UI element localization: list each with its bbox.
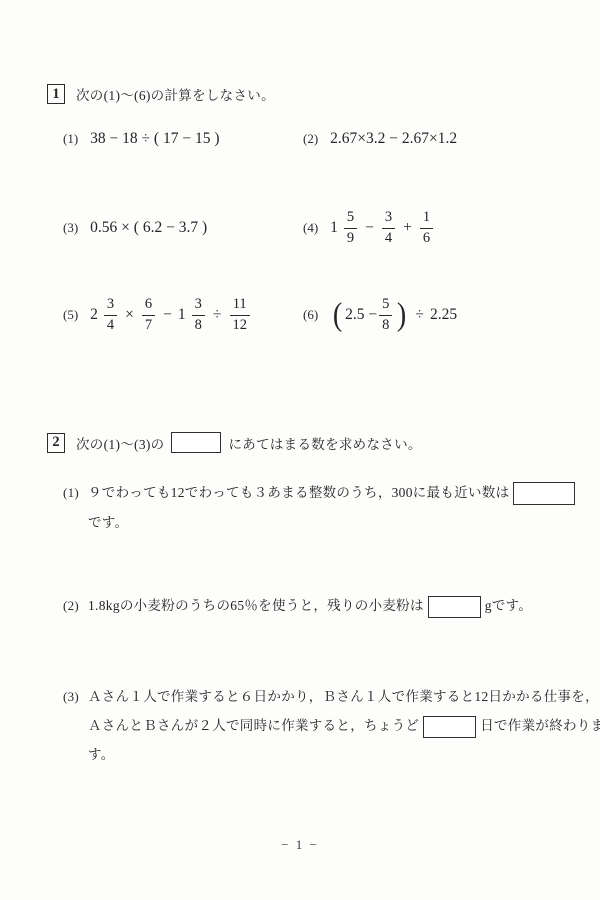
text-line: です。 xyxy=(88,508,573,538)
fraction: 34 xyxy=(104,297,117,332)
question-text: Ａさん１人で作業すると６日かかり，Ｂさん１人で作業すると12日かかる仕事を， xyxy=(88,689,599,704)
word-item-2-content: 1.8kgの小麦粉のうちの65％を使うと，残りの小麦粉はgです。 xyxy=(88,591,573,621)
paren: ( xyxy=(333,299,342,332)
fraction: 16 xyxy=(420,210,433,245)
text-line: ＡさんとＢさんが２人で同時に作業すると，ちょうど日で作業が終わりま xyxy=(88,711,573,740)
problem-1-instruction: 次の(1)～(6)の計算をしなさい。 xyxy=(76,84,275,104)
word-item-1-content: ９でわっても12でわっても３あまる整数のうち，300に最も近い数は です。 xyxy=(88,478,573,538)
question-text: 日で作業が終わりま xyxy=(480,718,600,733)
text-line: Ａさん１人で作業すると６日かかり，Ｂさん１人で作業すると12日かかる仕事を， xyxy=(88,682,573,711)
answer-box xyxy=(171,432,221,453)
worksheet-page: 1 次の(1)～(6)の計算をしなさい。 (1) 38 − 18 ÷ ( 17 … xyxy=(0,0,600,900)
calc-item-1: (1) 38 − 18 ÷ ( 17 − 15 ) xyxy=(63,129,220,149)
denominator: 4 xyxy=(382,229,395,246)
question-text: ＡさんとＢさんが２人で同時に作業すると，ちょうど xyxy=(88,718,419,733)
problem-1-number-box: 1 xyxy=(47,84,65,104)
fraction: 58 xyxy=(379,297,392,332)
denominator: 4 xyxy=(104,316,117,333)
numerator: 5 xyxy=(379,297,392,315)
fraction: 1112 xyxy=(229,297,250,332)
page-number: − 1 − xyxy=(0,837,600,853)
word-item-2: (2) 1.8kgの小麦粉のうちの65％を使うと，残りの小麦粉はgです。 xyxy=(63,591,573,621)
denominator: 9 xyxy=(344,229,357,246)
question-text: ９でわっても12でわっても３あまる整数のうち，300に最も近い数は xyxy=(88,485,509,500)
word-item-3: (3) Ａさん１人で作業すると６日かかり，Ｂさん１人で作業すると12日かかる仕事… xyxy=(63,682,573,769)
operator: × xyxy=(125,306,134,324)
word-item-1: (1) ９でわっても12でわっても３あまる整数のうち，300に最も近い数は です… xyxy=(63,478,573,538)
expression-text: 2.25 xyxy=(430,306,457,324)
operator: ÷ xyxy=(415,306,424,324)
question-text: gです。 xyxy=(485,598,532,613)
denominator: 8 xyxy=(379,316,392,333)
answer-box xyxy=(423,716,476,738)
denominator: 8 xyxy=(192,316,205,333)
expression-text: 2.5 − xyxy=(345,306,377,324)
problem-2-number-box: 2 xyxy=(47,433,65,453)
question-text: 1.8kgの小麦粉のうちの65％を使うと，残りの小麦粉は xyxy=(88,598,424,613)
item-label: (4) xyxy=(303,220,318,236)
operator: − xyxy=(365,219,374,237)
item-label: (3) xyxy=(63,682,79,711)
calc-item-2: (2) 2.67×3.2 − 2.67×1.2 xyxy=(303,129,457,149)
expression: 0.56 × ( 6.2 − 3.7 ) xyxy=(90,219,207,237)
numerator: 6 xyxy=(142,297,155,315)
expression: (2.5 −58)÷2.25 xyxy=(330,297,457,332)
operator: + xyxy=(403,219,412,237)
expression-text: 38 − 18 ÷ ( 17 − 15 ) xyxy=(90,130,219,148)
item-label: (6) xyxy=(303,307,318,323)
expression: 38 − 18 ÷ ( 17 − 15 ) xyxy=(90,130,219,148)
word-item-3-content: Ａさん１人で作業すると６日かかり，Ｂさん１人で作業すると12日かかる仕事を， Ａ… xyxy=(88,682,573,769)
calc-item-5: (5) 234×67−138÷1112 xyxy=(63,293,252,337)
item-label: (1) xyxy=(63,131,78,147)
numerator: 1 xyxy=(420,210,433,228)
item-label: (2) xyxy=(303,131,318,147)
denominator: 7 xyxy=(142,316,155,333)
expression: 159−34+16 xyxy=(330,210,435,245)
answer-box xyxy=(428,596,481,618)
expression-text: 0.56 × ( 6.2 − 3.7 ) xyxy=(90,219,207,237)
fraction: 38 xyxy=(192,297,205,332)
question-text: です。 xyxy=(88,515,128,530)
problem-2-instruction-before: 次の(1)～(3)の xyxy=(76,433,164,453)
numerator: 3 xyxy=(192,297,205,315)
fraction: 59 xyxy=(344,210,357,245)
expression: 2.67×3.2 − 2.67×1.2 xyxy=(330,130,457,148)
expression: 234×67−138÷1112 xyxy=(90,297,252,332)
calc-item-6: (6) (2.5 −58)÷2.25 xyxy=(303,293,457,337)
item-label: (5) xyxy=(63,307,78,323)
item-label: (1) xyxy=(63,478,79,508)
denominator: 12 xyxy=(229,316,250,333)
text-line: 1.8kgの小麦粉のうちの65％を使うと，残りの小麦粉はgです。 xyxy=(88,591,573,621)
answer-box xyxy=(513,482,575,505)
problem-2-instruction-after: にあてはまる数を求めなさい。 xyxy=(228,433,421,453)
numerator: 3 xyxy=(382,210,395,228)
text-line: ９でわっても12でわっても３あまる整数のうち，300に最も近い数は xyxy=(88,478,573,508)
fraction: 34 xyxy=(382,210,395,245)
whole-number: 1 xyxy=(330,219,338,237)
paren: ) xyxy=(397,299,406,332)
denominator: 6 xyxy=(420,229,433,246)
operator: − xyxy=(163,306,172,324)
calc-item-3: (3) 0.56 × ( 6.2 − 3.7 ) xyxy=(63,206,207,250)
expression-text: 2.67×3.2 − 2.67×1.2 xyxy=(330,130,457,148)
numerator: 11 xyxy=(230,297,250,315)
question-text: す。 xyxy=(88,747,115,762)
item-label: (2) xyxy=(63,591,79,621)
calc-item-4: (4) 159−34+16 xyxy=(303,206,435,250)
problem-1-header: 1 次の(1)～(6)の計算をしなさい。 xyxy=(47,84,275,104)
problem-2-header: 2 次の(1)～(3)の にあてはまる数を求めなさい。 xyxy=(47,432,422,453)
item-label: (3) xyxy=(63,220,78,236)
operator: ÷ xyxy=(213,306,222,324)
numerator: 5 xyxy=(344,210,357,228)
numerator: 3 xyxy=(104,297,117,315)
whole-number: 2 xyxy=(90,306,98,324)
text-line: す。 xyxy=(88,740,573,769)
fraction: 67 xyxy=(142,297,155,332)
whole-number: 1 xyxy=(178,306,186,324)
